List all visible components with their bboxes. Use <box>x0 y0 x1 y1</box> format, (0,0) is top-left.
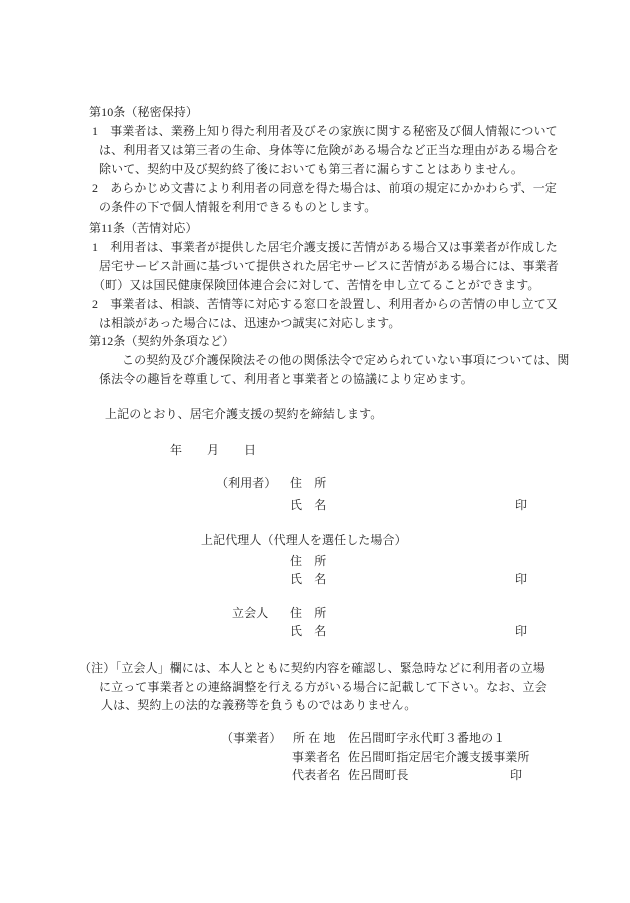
contract-document-page: 第10条（秘密保持） 1 事業者は、業務上知り得た利用者及びその家族に関する秘密… <box>0 0 630 903</box>
article-11-line: 居宅サービス計画に基づいて提供された居宅サービスに苦情がある場合には、事業者 <box>99 259 559 274</box>
article-10-line: は、利用者又は第三者の生命、身体等に危険がある場合など正当な理由がある場合を <box>99 143 559 158</box>
closing-statement: 上記のとおり、居宅介護支援の契約を締結します。 <box>105 407 382 422</box>
witness-label: 立会人 <box>232 606 268 621</box>
article-10-line: 除いて、契約中及び契約終了後においても第三者に漏らすことはありません。 <box>99 162 523 177</box>
agent-seal-mark: 印 <box>515 572 527 587</box>
article-12-line: 係法令の趣旨を尊重して、利用者と事業者との協議により定めます。 <box>99 372 473 387</box>
date-month-label: 月 <box>207 443 219 458</box>
provider-rep-value: 佐呂間町長 <box>348 768 409 783</box>
user-name-label: 氏 名 <box>290 498 326 513</box>
user-label: （利用者） <box>216 476 277 491</box>
article-11-line: は相談があった場合には、迅速かつ誠実に対応します。 <box>99 316 400 331</box>
article-12-line: この契約及び介護保険法その他の関係法令で定められていない事項については、関 <box>122 353 569 368</box>
provider-rep-label: 代表者名 <box>292 768 340 783</box>
witness-seal-mark: 印 <box>515 624 527 639</box>
note-line: （注）「立会人」欄には、本人とともに契約内容を確認し、緊急時などに利用者の立場 <box>79 661 545 676</box>
article-10-heading: 第10条（秘密保持） <box>89 105 198 120</box>
witness-name-label: 氏 名 <box>290 624 326 639</box>
date-day-label: 日 <box>244 443 256 458</box>
agent-address-label: 住 所 <box>290 554 326 569</box>
provider-name-value: 佐呂間町指定居宅介護支援事業所 <box>348 750 530 765</box>
article-10-line: の条件の下で個人情報を利用できるものとします。 <box>99 200 376 215</box>
article-11-heading: 第11条（苦情対応） <box>89 221 198 236</box>
agent-name-label: 氏 名 <box>290 572 326 587</box>
note-line: 人は、契約上の法的な義務等を負うものではありません。 <box>101 698 416 713</box>
article-10-line: 2 あらかじめ文書により利用者の同意を得た場合は、前項の規定にかかわらず、一定 <box>92 181 557 196</box>
provider-address-value: 佐呂間町字永代町３番地の１ <box>348 731 505 746</box>
user-address-label: 住 所 <box>290 476 326 491</box>
provider-name-label: 事業者名 <box>292 750 340 765</box>
note-line: に立って事業者との連絡調整を行える方がいる場合に記載して下さい。なお、立会 <box>99 680 547 695</box>
user-seal-mark: 印 <box>515 498 527 513</box>
witness-address-label: 住 所 <box>290 606 326 621</box>
date-year-label: 年 <box>170 443 182 458</box>
provider-seal-mark: 印 <box>510 768 522 783</box>
provider-label: （事業者） <box>221 731 282 746</box>
article-12-heading: 第12条（契約外条項など） <box>89 334 234 349</box>
provider-address-label: 所 在 地 <box>293 731 336 746</box>
agent-label: 上記代理人（代理人を選任した場合） <box>201 533 407 548</box>
article-11-line: 2 事業者は、相談、苦情等に対応する窓口を設置し、利用者からの苦情の申し立て又 <box>92 297 558 312</box>
article-11-line: 1 利用者は、事業者が提供した居宅介護支援に苦情がある場合又は事業者が作成した <box>92 240 558 255</box>
article-11-line: （町）又は国民健康保険団体連合会に対して、苦情を申し立てることができます。 <box>93 278 540 293</box>
article-10-line: 1 事業者は、業務上知り得た利用者及びその家族に関する秘密及び個人情報について <box>92 124 558 139</box>
